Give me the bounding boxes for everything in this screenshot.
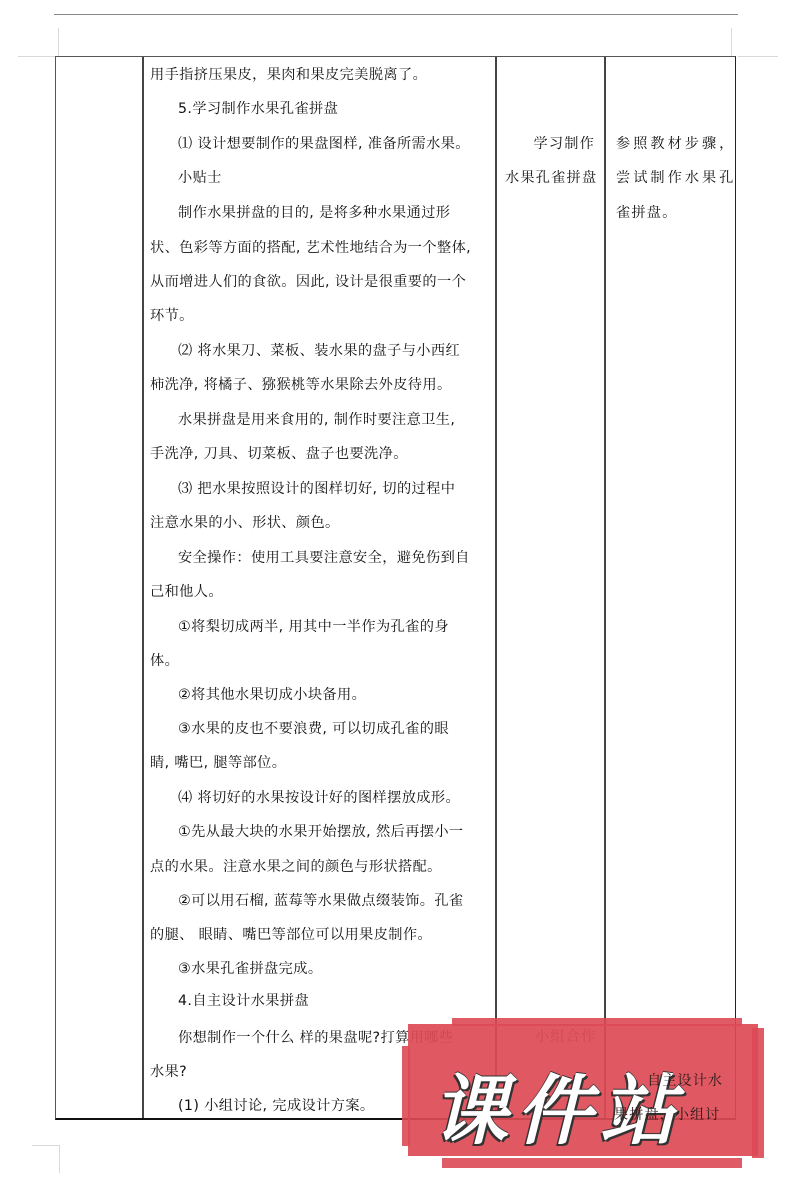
content-line: 小贴士: [150, 168, 222, 188]
content-line: 的腿、 眼睛、嘴巴等部位可以用果皮制作。: [150, 925, 432, 945]
lesson-table: 用手指挤压果皮，果肉和果皮完美脱离了。5.学习制作水果孔雀拼盘⑴ 设计想要制作的…: [55, 56, 736, 1120]
content-line: ⑷ 将切好的水果按设计好的图样摆放成形。: [150, 788, 460, 808]
header-rule: [54, 14, 738, 15]
content-line: ③水果孔雀拼盘完成。: [150, 959, 322, 979]
content-line: ⑶ 把水果按照设计的图样切好, 切的过程中: [150, 479, 455, 499]
content-line: ⑴ 设计想要制作的果盘图样, 准备所需水果。: [150, 134, 470, 154]
crop-mark-bottom-left: [59, 1145, 60, 1173]
content-line: ②可以用石榴, 蓝莓等水果做点缀装饰。孔雀: [150, 891, 464, 911]
stamp-edge: [752, 1028, 764, 1158]
content-line: 己和他人。: [150, 582, 223, 602]
content-line: 从而增进人们的食欲。因此, 设计是很重要的一个: [150, 272, 466, 292]
content-line: 体。: [150, 651, 179, 671]
content-line: ①先从最大块的水果开始摆放, 然后再摆小一: [150, 822, 464, 842]
content-line: 5.学习制作水果孔雀拼盘: [150, 99, 338, 119]
content-line: 安全操作：使用工具要注意安全，避免伤到自: [150, 548, 470, 568]
content-line: 制作水果拼盘的目的, 是将多种水果通过形: [150, 203, 450, 223]
content-line: 手洗净, 刀具、切菜板、盘子也要洗净。: [150, 444, 408, 464]
intent-cell: 参照教材步骤， 尝试制作水果孔 雀拼盘。: [606, 57, 735, 1118]
content-line: 状、色彩等方面的搭配, 艺术性地结合为一个整体,: [150, 238, 471, 258]
intent-text-overlay: 果拼盘，小组讨: [614, 1104, 720, 1124]
content-line: ③水果的皮也不要浪费, 可以切成孔雀的眼: [150, 719, 449, 739]
crop-mark-top-right-h: [738, 56, 778, 57]
content-line: ①将梨切成两半, 用其中一半作为孔雀的身: [150, 617, 449, 637]
content-line: 环节。: [150, 306, 194, 326]
content-line: ②将其他水果切成小块备用。: [150, 685, 366, 705]
content-line: 睛, 嘴巴, 腿等部位。: [150, 753, 286, 773]
intent-text: 雀拼盘。: [616, 203, 678, 223]
activity-cell: 学习制作 水果孔雀拼盘 小组合作: [497, 57, 603, 1118]
intent-text-overlay: 自主设计水: [647, 1070, 723, 1090]
content-line: ⑵ 将水果刀、菜板、装水果的盘子与小西红: [150, 341, 460, 361]
content-cell: 用手指挤压果皮，果肉和果皮完美脱离了。5.学习制作水果孔雀拼盘⑴ 设计想要制作的…: [144, 57, 494, 1118]
content-line: 点的水果。注意水果之间的颜色与形状搭配。: [150, 857, 442, 877]
content-line: 水果?: [150, 1062, 187, 1082]
content-line: 柿洗净, 将橘子、猕猴桃等水果除去外皮待用。: [150, 375, 452, 395]
content-line: 水果拼盘是用来食用的, 制作时要注意卫生,: [150, 410, 455, 430]
crop-mark-top-left: [58, 28, 59, 56]
stamp-edge: [442, 1158, 742, 1168]
content-line: 4.自主设计水果拼盘: [150, 991, 309, 1011]
content-line: (1) 小组讨论, 完成设计方案。: [150, 1096, 375, 1116]
crop-mark-top-left-h: [18, 56, 56, 57]
content-line: 注意水果的小、形状、颜色。: [150, 513, 340, 533]
stamp-edge: [452, 1018, 742, 1026]
activity-text: 学习制作: [533, 134, 595, 154]
intent-text: 参照教材步骤，: [616, 134, 736, 154]
intent-text: 尝试制作水果孔: [616, 168, 736, 188]
watermark-stamp: 课件站 自主设计水 果拼盘，小组讨: [402, 1016, 768, 1172]
content-line: 用手指挤压果皮，果肉和果皮完美脱离了。: [150, 65, 427, 85]
crop-mark-top-right: [731, 28, 732, 56]
stamp-edge: [402, 1046, 410, 1146]
crop-mark-bottom-left-h: [32, 1145, 60, 1146]
activity-text: 水果孔雀拼盘: [505, 168, 597, 188]
